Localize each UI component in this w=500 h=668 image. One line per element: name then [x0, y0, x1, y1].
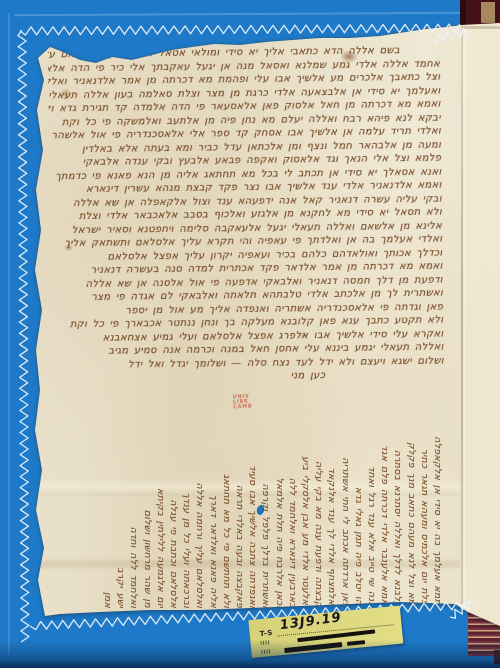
text-line: אליה פאנא ואלדאר דארך [206, 436, 219, 608]
small-print-marks [260, 640, 269, 645]
text-line: ואלחמד ללה וחדה [127, 436, 140, 608]
manuscript-fragment: בשם אללה הדא כתאבי אליך יא סידי ומולאי א… [0, 0, 500, 668]
rotated-text-lines: וממא אעלמך בה יא סידי אן אלקאפלהוצלת יום… [72, 436, 444, 608]
text-line: ואלסלאם עליך ורחמה אללה [193, 436, 206, 608]
fold-crease [461, 26, 463, 604]
stamp-line: CAMB [233, 404, 252, 410]
text-line: פאקבצה ובעה באלדי תראה [233, 436, 246, 608]
text-line: פאן ארדתה אכתב לי חתי אשתריה [338, 436, 351, 608]
text-line: וכאן אלרבח פיה תלת אלמאל [272, 436, 285, 608]
text-line: ואשתרית בדלך פלפל וקרפה [259, 436, 272, 608]
text-line: אמן [101, 436, 114, 608]
rotated-text-block: וממא אעלמך בה יא סידי אן אלקאפלהוצלת יום… [72, 436, 444, 608]
text-line: ישע יקרב [114, 436, 127, 608]
text-line: והו יטלב פיה תמן גאלי גדא [352, 436, 365, 608]
text-line: ומא וצל לנא מעהם כתאב מנך פקלק [404, 436, 417, 608]
page-top-crease [462, 26, 500, 29]
text-line: ואלמצחף אלדי לך ענד אלנקאד [325, 436, 338, 608]
fold-crease-highlight [464, 26, 465, 604]
text-line: ואנפדתה צחבה אלשיך אבו סעיד [246, 436, 259, 608]
text-line: וצלת יום אלכמיס ומעהא תגאר כתיר [418, 436, 431, 608]
text-line: אלסלאם וכתבת פי עגלה [167, 436, 180, 608]
blank-conjoint-leaf [462, 23, 500, 628]
library-stamp: UNIVLIBRCAMB [233, 395, 253, 411]
text-line: וממא אעלמך בה יא סידי אן אלקאפלה [431, 436, 444, 608]
text-line: מן שהר מרחשון ושלום [140, 436, 153, 608]
text-line: וברכאתה ועלי כל מן ענדך [180, 436, 193, 608]
text-line: ואמא אלענבר אלדי דכרתה פלם אגד [378, 436, 391, 608]
main-text-block: בשם אללה הדא כתאבי אליך יא סידי ומולאי א… [48, 44, 444, 386]
text-line: בארבעין דינארא ואלחמד ללה [286, 436, 299, 608]
photo-background: בשם אללה הדא כתאבי אליך יא סידי ומולאי א… [0, 0, 500, 668]
text-line: קבצתה ודפעת ענה מא בקי עליה [312, 436, 325, 608]
text-line: ואלעטר אלדי מע אבן אלסקלי ביע [299, 436, 312, 608]
black-strike-bar [347, 640, 365, 645]
text-line: יום אלגמעה ללילתין בקיתא [154, 436, 167, 608]
text-line: מנה שי טייב אלא ענד רגל ואחד [365, 436, 378, 608]
manuscript-paper: בשם אללה הדא כתאבי אליך יא סידי ומולאי א… [0, 0, 500, 668]
classmark-prefix: T-S [259, 629, 273, 638]
text-line: קלבנא לדלך ואללה יסתרנא בסתרה [391, 436, 404, 608]
small-print-marks [261, 649, 270, 654]
text-line: ולא תחתשם פי כל מא תחתאג [220, 436, 233, 608]
